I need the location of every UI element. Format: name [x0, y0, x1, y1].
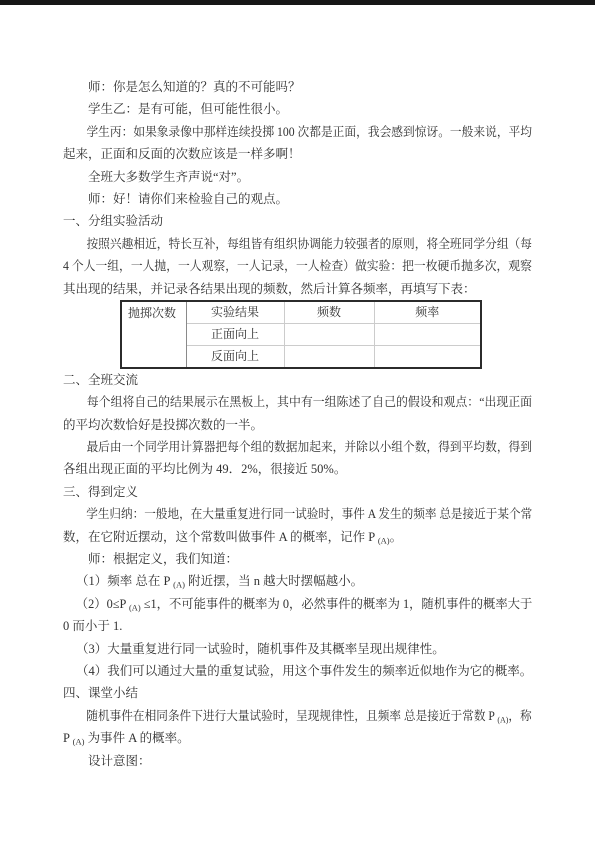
- cell-result-tails: 反面向上: [186, 345, 284, 368]
- doc-line: P (A) 为事件 A 的概率。: [63, 727, 532, 749]
- cell-empty: [284, 323, 374, 345]
- doc-line: （4）我们可以通过大量的重复试验，用这个事件发生的频率近似地作为它的概率。: [63, 660, 532, 682]
- subscript-A: (A): [73, 737, 85, 747]
- cell-empty: [374, 323, 481, 345]
- cell-empty: [284, 345, 374, 368]
- doc-line: 其出现的结果，并记录各结果出现的频数，然后计算各频率，再填写下表：: [63, 278, 532, 300]
- section-1-heading: 一、分组实验活动: [63, 210, 532, 232]
- text-segment: 为事件 A 的概率。: [84, 731, 189, 745]
- doc-line: 随机事件在相同条件下进行大量试验时，呈现规律性，且频率 总是接近于常数 P (A…: [63, 705, 500, 727]
- experiment-table-wrap: 抛掷次数 实验结果 频数 频率 正面向上 反面向上: [120, 300, 532, 369]
- doc-line: 每个组将自己的结果展示在黑板上，其中有一组陈述了自己的假设和观点：“出现正面: [63, 391, 509, 413]
- doc-line: （3）大量重复进行同一试验时，随机事件及其概率呈现出规律性。: [63, 638, 532, 660]
- subscript-A: (A): [173, 580, 185, 590]
- header-cell-toss-count: 抛掷次数: [121, 301, 186, 368]
- header-cell-result: 实验结果: [186, 301, 284, 324]
- text-segment: （1）频率 总在 P: [76, 574, 173, 588]
- doc-line: 各组出现正面的平均比例为 49．2%，很接近 50%。: [63, 458, 532, 480]
- doc-line: 起来，正面和反面的次数应该是一样多啊！: [63, 143, 532, 165]
- subscript-A: (A): [129, 602, 141, 612]
- section-4-heading: 四、课堂小结: [63, 682, 532, 704]
- text-segment: 数，在它附近摆动，这个常数叫做事件 A 的概率，记作 P: [63, 530, 378, 544]
- doc-line: 按照兴趣相近，特长互补，每组皆有组织协调能力较强者的原则，将全班同学分组（每: [63, 233, 503, 255]
- text-segment: ，称: [508, 709, 531, 723]
- doc-line: 数，在它附近摆动，这个常数叫做事件 A 的概率，记作 P (A)。: [63, 526, 532, 548]
- doc-line: 的平均次数恰好是投掷次数的一半。: [63, 414, 532, 436]
- text-segment: （2）0≤P: [76, 597, 129, 611]
- doc-line: （1）频率 总在 P (A) 附近摆，当 n 越大时摆幅越小。: [63, 570, 532, 592]
- doc-line: 设计意图：: [63, 750, 532, 772]
- doc-line: 师：根据定义，我们知道：: [63, 548, 532, 570]
- cell-empty: [374, 345, 481, 368]
- doc-line: 最后由一个同学用计算器把每个组的数据加起来，并除以小组个数，得到平均数，得到: [63, 436, 503, 458]
- doc-line: （2）0≤P (A) ≤1，不可能事件的概率为 0，必然事件的概率为 1，随机事…: [63, 593, 525, 615]
- table-header-row: 抛掷次数 实验结果 频数 频率: [121, 301, 481, 324]
- doc-line: 学生丙：如果象录像中那样连续投掷 100 次都是正面，我会感到惊讶。一般来说，平…: [63, 121, 503, 143]
- cell-result-heads: 正面向上: [186, 323, 284, 345]
- doc-line: 师：好！请你们来检验自己的观点。: [63, 188, 532, 210]
- header-cell-frequency-count: 频数: [284, 301, 374, 324]
- text-segment: 。: [390, 530, 403, 544]
- text-segment: 附近摆，当 n 越大时摆幅越小。: [185, 574, 363, 588]
- doc-line: 学生归纳：一般地，在大量重复进行同一试验时，事件 A 发生的频率 总是接近于某个…: [63, 503, 499, 525]
- section-3-heading: 三、得到定义: [63, 481, 532, 503]
- experiment-record-table: 抛掷次数 实验结果 频数 频率 正面向上 反面向上: [120, 300, 482, 369]
- subscript-A: (A): [497, 714, 508, 724]
- header-cell-frequency-rate: 频率: [374, 301, 481, 324]
- text-segment: ≤1，不可能事件的概率为 0，必然事件的概率为 1，随机事件的概率大于: [141, 597, 533, 611]
- doc-line: 学生乙：是有可能，但可能性很小。: [63, 98, 532, 120]
- doc-line: 师：你是怎么知道的？真的不可能吗？: [63, 76, 532, 98]
- document-page: 师：你是怎么知道的？真的不可能吗？ 学生乙：是有可能，但可能性很小。 学生丙：如…: [0, 5, 595, 841]
- subscript-A: (A): [378, 535, 390, 545]
- doc-line: 全班大多数学生齐声说“对”。: [63, 166, 532, 188]
- doc-line: 4 个人一组，一人抛，一人观察，一人记录，一人检查）做实验：把一枚硬币抛多次，观…: [63, 255, 506, 277]
- section-2-heading: 二、全班交流: [63, 369, 532, 391]
- text-segment: 随机事件在相同条件下进行大量试验时，呈现规律性，且频率 总是接近于常数 P: [86, 709, 497, 723]
- text-segment: P: [63, 731, 73, 745]
- doc-line: 0 而小于 1.: [63, 615, 532, 637]
